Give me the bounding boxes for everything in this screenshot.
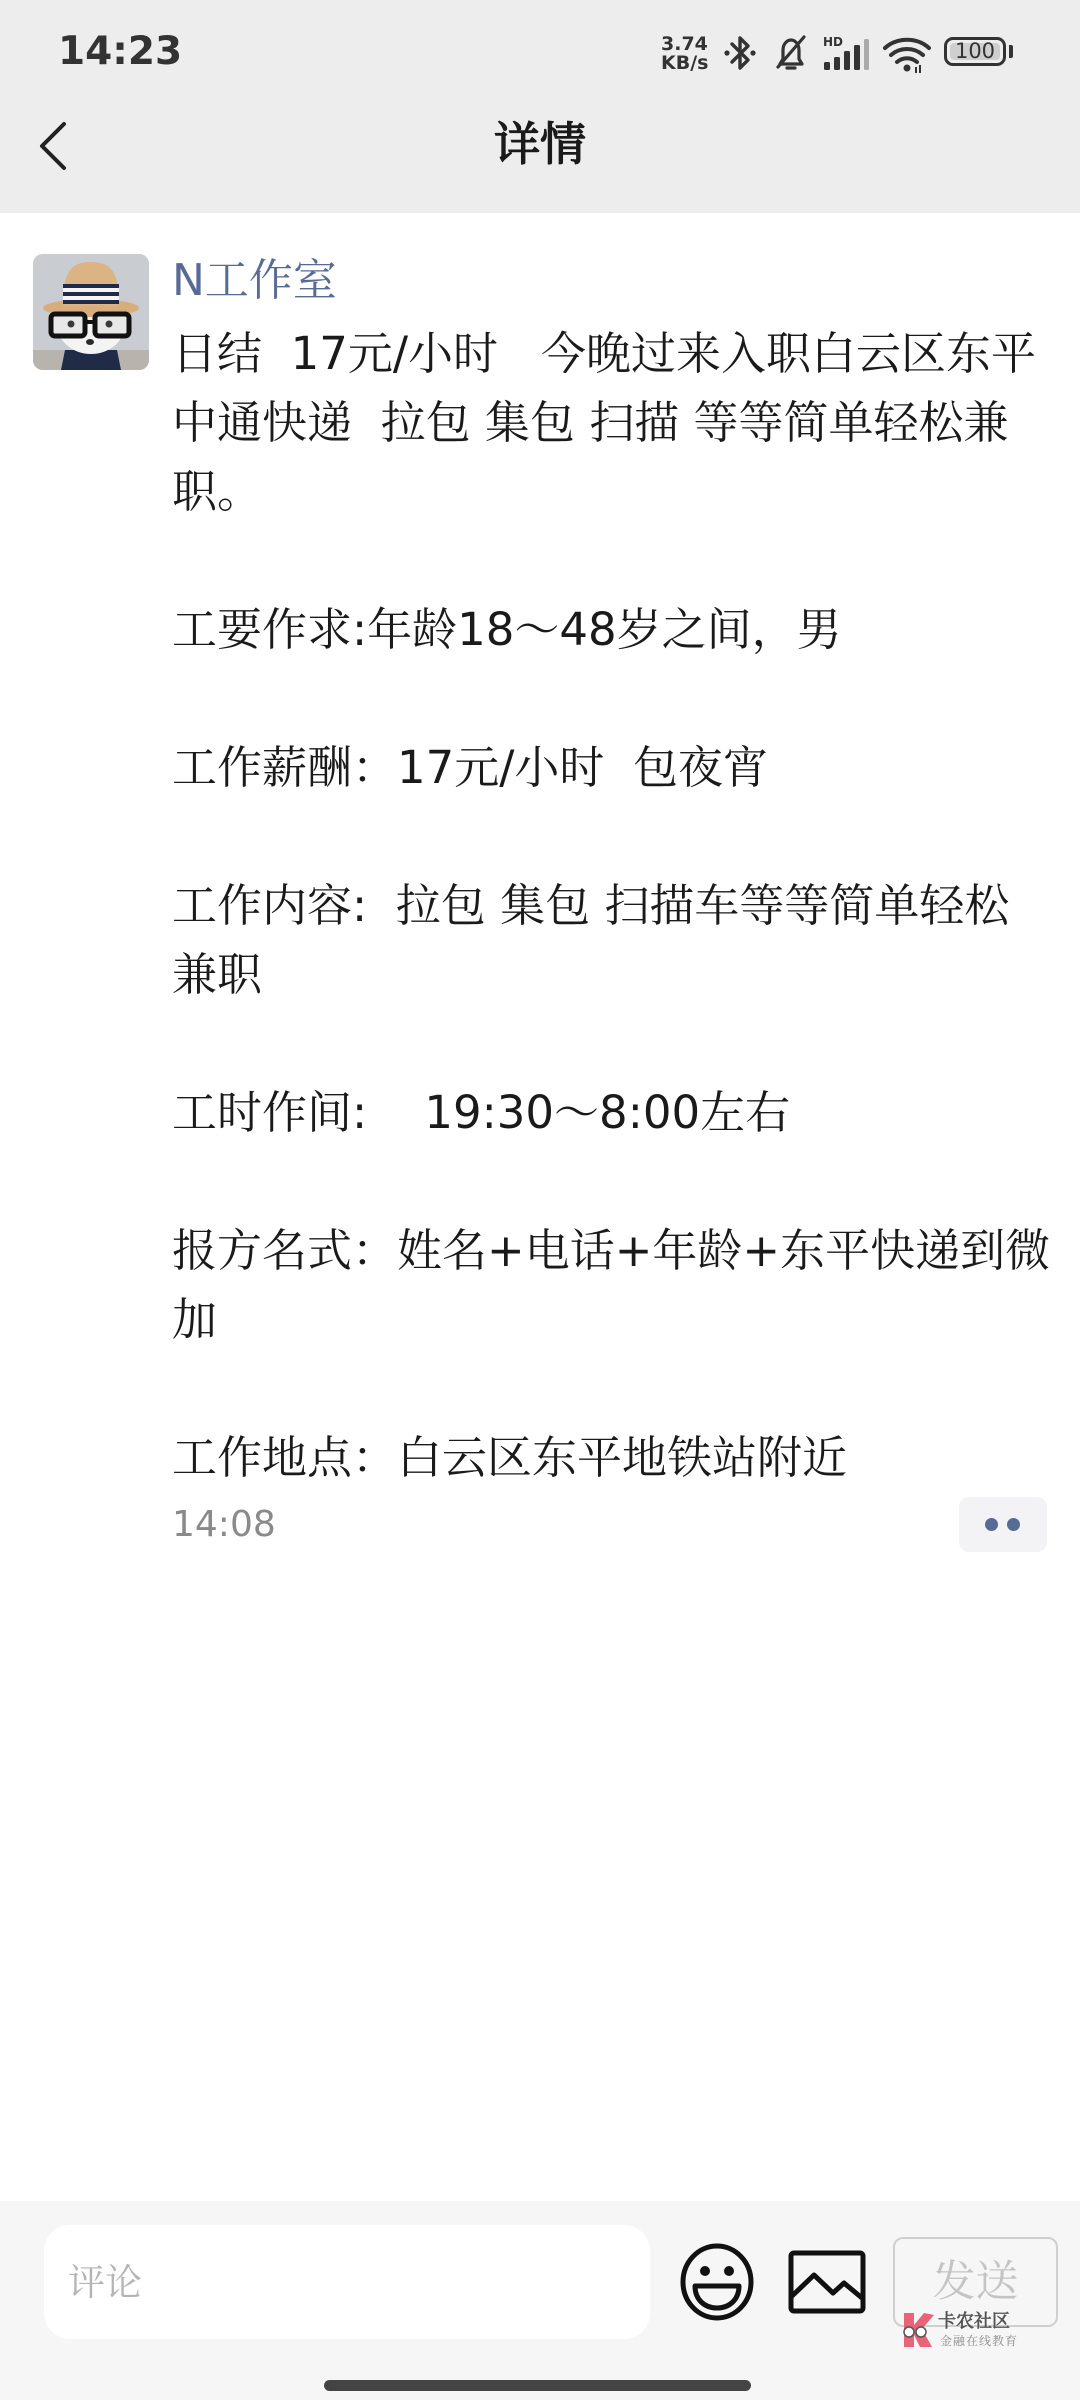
watermark: 卡农社区 金融在线教育: [900, 2311, 1030, 2353]
post-line: 日结 17元/小时 今晚过来入职白云区东平: [172, 319, 1052, 388]
battery-icon: 100: [944, 37, 1006, 66]
post-timestamp: 14:08: [172, 1503, 276, 1547]
post-line: 报方名式：姓名+电话+年龄+东平快递到微: [172, 1216, 1052, 1285]
more-actions-button[interactable]: [959, 1497, 1047, 1552]
bluetooth-icon: [722, 34, 758, 72]
post-line: 加: [172, 1285, 1052, 1354]
image-button[interactable]: [788, 2250, 866, 2314]
post-line: [172, 664, 1052, 733]
status-time: 14:23: [58, 30, 182, 74]
post-line: [172, 802, 1052, 871]
post-line: 工作地点：白云区东平地铁站附近: [172, 1423, 1052, 1492]
post-line: 工时作间: 19:30～8:00左右: [172, 1078, 1052, 1147]
network-speed-unit: KB/s: [661, 54, 708, 73]
more-dots-icon: [985, 1518, 998, 1531]
post-line: [172, 1147, 1052, 1216]
more-dots-icon: [1007, 1518, 1020, 1531]
svg-text:HD: HD: [823, 35, 843, 49]
battery-percentage: 100: [947, 39, 1003, 63]
bell-muted-icon: [772, 34, 810, 74]
watermark-subtitle: 金融在线教育: [940, 2334, 1018, 2348]
post-body: 日结 17元/小时 今晚过来入职白云区东平 中通快递 拉包 集包 扫描 等等简单…: [172, 319, 1052, 1492]
watermark-title: 卡农社区: [938, 2312, 1010, 2332]
page-title: 详情: [0, 116, 1080, 172]
post-line: 工作内容: 拉包 集包 扫描车等等简单轻松: [172, 871, 1052, 940]
network-speed: 3.74 KB/s: [661, 35, 708, 73]
post-line: 职。: [172, 457, 1052, 526]
emoji-icon: [678, 2242, 756, 2322]
wifi-icon: [882, 34, 932, 74]
avatar-image: [33, 254, 149, 370]
home-indicator[interactable]: [324, 2380, 751, 2391]
post-line: 工要作求:年龄18～48岁之间，男: [172, 595, 1052, 664]
post-line: [172, 1009, 1052, 1078]
author-name[interactable]: N工作室: [172, 253, 337, 309]
post-line: [172, 526, 1052, 595]
watermark-logo-icon: [900, 2311, 936, 2349]
emoji-button[interactable]: [678, 2242, 756, 2322]
image-icon: [788, 2250, 866, 2314]
post-line: 工作薪酬：17元/小时 包夜宵: [172, 733, 1052, 802]
comment-input[interactable]: [44, 2225, 650, 2339]
avatar[interactable]: [33, 254, 149, 370]
hd-signal-icon: HD: [822, 34, 872, 74]
post-line: 兼职: [172, 940, 1052, 1009]
post-line: 中通快递 拉包 集包 扫描 等等简单轻松兼: [172, 388, 1052, 457]
battery-tip: [1009, 45, 1013, 58]
post-line: [172, 1354, 1052, 1423]
